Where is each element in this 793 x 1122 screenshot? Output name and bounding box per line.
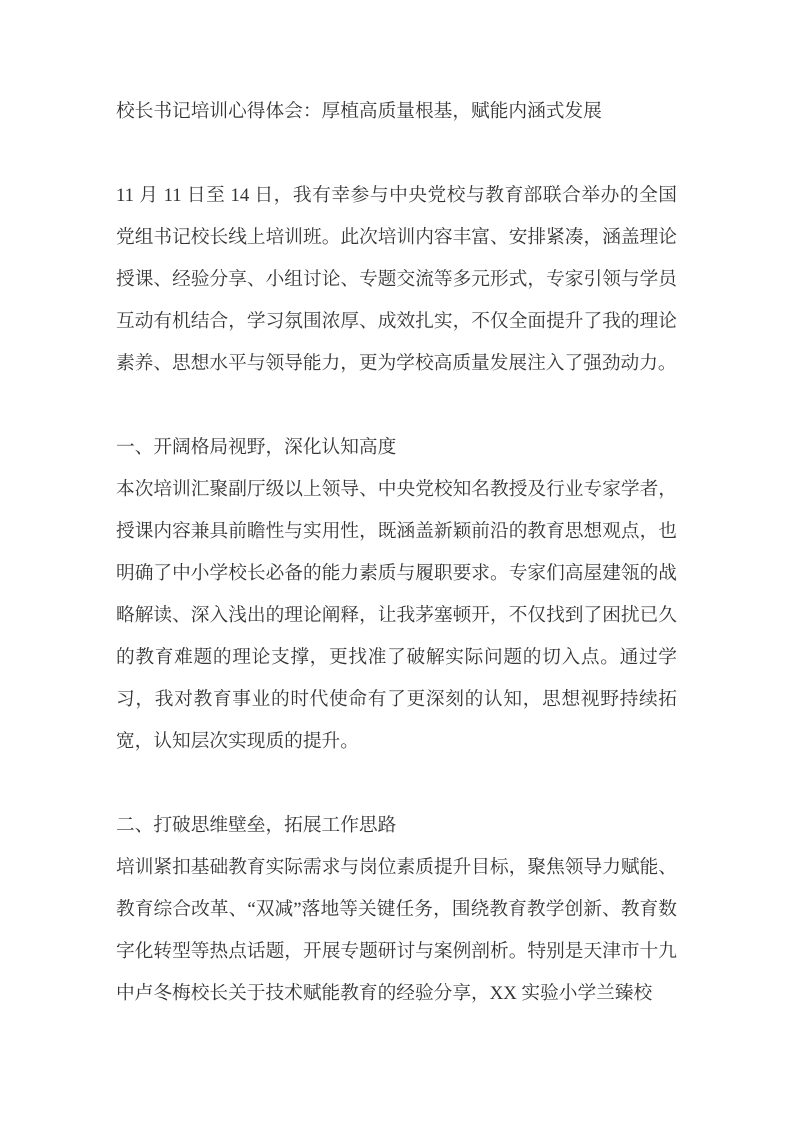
section-2-body: 培训紧扣基础教育实际需求与岗位素质提升目标，聚焦领导力赋能、教育综合改革、“双减…	[116, 847, 677, 1015]
document-page: 校长书记培训心得体会：厚植高质量根基，赋能内涵式发展 11 月 11 日至 14…	[0, 0, 793, 1122]
section-2-heading: 二、打破思维壁垒，拓展工作思路	[116, 805, 677, 847]
document-title: 校长书记培训心得体会：厚植高质量根基，赋能内涵式发展	[116, 91, 677, 133]
section-1-heading: 一、开阔格局视野，深化认知高度	[116, 427, 677, 469]
section-1-body: 本次培训汇聚副厅级以上领导、中央党校知名教授及行业专家学者，授课内容兼具前瞻性与…	[116, 469, 677, 763]
intro-paragraph: 11 月 11 日至 14 日，我有幸参与中央党校与教育部联合举办的全国党组书记…	[116, 175, 677, 385]
